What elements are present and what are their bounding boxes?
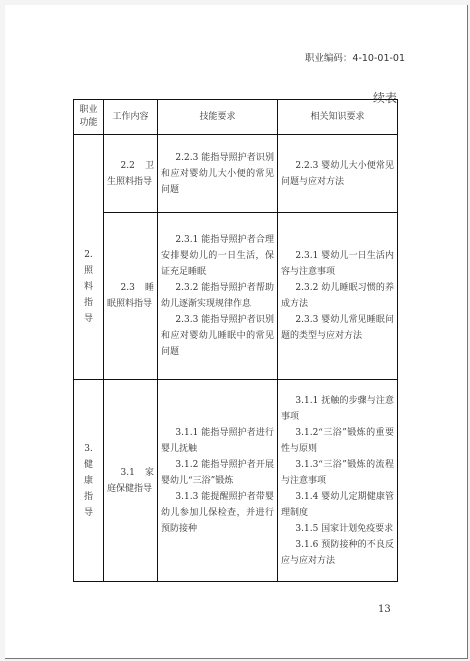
column-header-work-content: 工作内容 [104,100,158,135]
knowledge-item: 3.1.3“三浴”锻炼的流程与注意事项 [281,457,394,489]
function-char: 指 [77,489,100,505]
knowledge-item: 2.3.1 婴幼儿一日生活内容与注意事项 [281,248,394,280]
knowledge-item: 2.2.3 婴幼儿大小便常见问题与应对方法 [281,158,394,190]
knowledge-item: 3.1.4 婴幼儿定期健康管理制度 [281,489,394,521]
function-char: 健 [77,457,100,473]
skill-item: 2.3.1 能指导照护者合理安排婴幼儿的一日生活，保证充足睡眠 [161,232,274,280]
occupation-code: 职业编码：4-10-01-01 [300,50,405,64]
function-char: 导 [77,505,100,521]
skill-item: 2.3.2 能指导照护者帮助幼儿逐渐实现规律作息 [161,280,274,312]
skill-item: 2.3.3 能指导照护者识别和应对婴幼儿睡眠中的常见问题 [161,312,274,360]
page-number: 13 [378,604,391,615]
skills-standard-table: 职业功能 工作内容 技能要求 相关知识要求 2. 照 料 指 导 2.2 卫生照… [73,99,398,582]
skills-cell: 2.2.3 能指导照护者识别和应对婴幼儿大小便的常见问题 [158,135,278,213]
knowledge-item: 3.1.1 抚触的步骤与注意事项 [281,393,394,425]
function-char: 导 [77,311,100,327]
knowledge-cell: 2.3.1 婴幼儿一日生活内容与注意事项 2.3.2 幼儿睡眠习惯的养成方法 2… [278,213,398,380]
skills-cell: 2.3.1 能指导照护者合理安排婴幼儿的一日生活，保证充足睡眠 2.3.2 能指… [158,213,278,380]
knowledge-cell: 2.2.3 婴幼儿大小便常见问题与应对方法 [278,135,398,213]
function-char: 照 [77,263,100,279]
function-char: 指 [77,295,100,311]
column-header-knowledge: 相关知识要求 [278,100,398,135]
column-header-function: 职业功能 [74,100,104,135]
function-cell-care-guidance: 2. 照 料 指 导 [74,135,104,380]
knowledge-item: 2.3.3 婴幼儿常见睡眠问题的类型与应对方法 [281,312,394,344]
skill-item: 2.2.3 能指导照护者识别和应对婴幼儿大小便的常见问题 [161,150,274,198]
knowledge-item: 3.1.6 预防接种的不良反应与应对方法 [281,537,394,569]
function-char: 康 [77,473,100,489]
table-row: 3. 健 康 指 导 3.1 家庭保健指导 3.1.1 能指导照护者进行婴儿抚触… [74,380,398,582]
column-header-skills: 技能要求 [158,100,278,135]
knowledge-item: 3.1.2“三浴”锻炼的重要性与原则 [281,425,394,457]
work-content-cell: 2.3 睡眠照料指导 [104,213,158,380]
function-cell-health-guidance: 3. 健 康 指 导 [74,380,104,582]
table-row: 2.3 睡眠照料指导 2.3.1 能指导照护者合理安排婴幼儿的一日生活，保证充足… [74,213,398,380]
knowledge-cell: 3.1.1 抚触的步骤与注意事项 3.1.2“三浴”锻炼的重要性与原则 3.1.… [278,380,398,582]
function-char: 料 [77,279,100,295]
function-number: 3. [77,441,100,457]
skill-item: 3.1.3 能提醒照护者带婴幼儿参加儿保检查，并进行预防接种 [161,489,274,537]
skill-item: 3.1.2 能指导照护者开展婴幼儿“三浴”锻炼 [161,457,274,489]
knowledge-item: 2.3.2 幼儿睡眠习惯的养成方法 [281,280,394,312]
table-header-row: 职业功能 工作内容 技能要求 相关知识要求 [74,100,398,135]
knowledge-item: 3.1.5 国家计划免疫要求 [281,521,394,537]
skill-item: 3.1.1 能指导照护者进行婴儿抚触 [161,425,274,457]
function-number: 2. [77,247,100,263]
work-content-cell: 3.1 家庭保健指导 [104,380,158,582]
work-content-cell: 2.2 卫生照料指导 [104,135,158,213]
skills-cell: 3.1.1 能指导照护者进行婴儿抚触 3.1.2 能指导照护者开展婴幼儿“三浴”… [158,380,278,582]
table-row: 2. 照 料 指 导 2.2 卫生照料指导 2.2.3 能指导照护者识别和应对婴… [74,135,398,213]
